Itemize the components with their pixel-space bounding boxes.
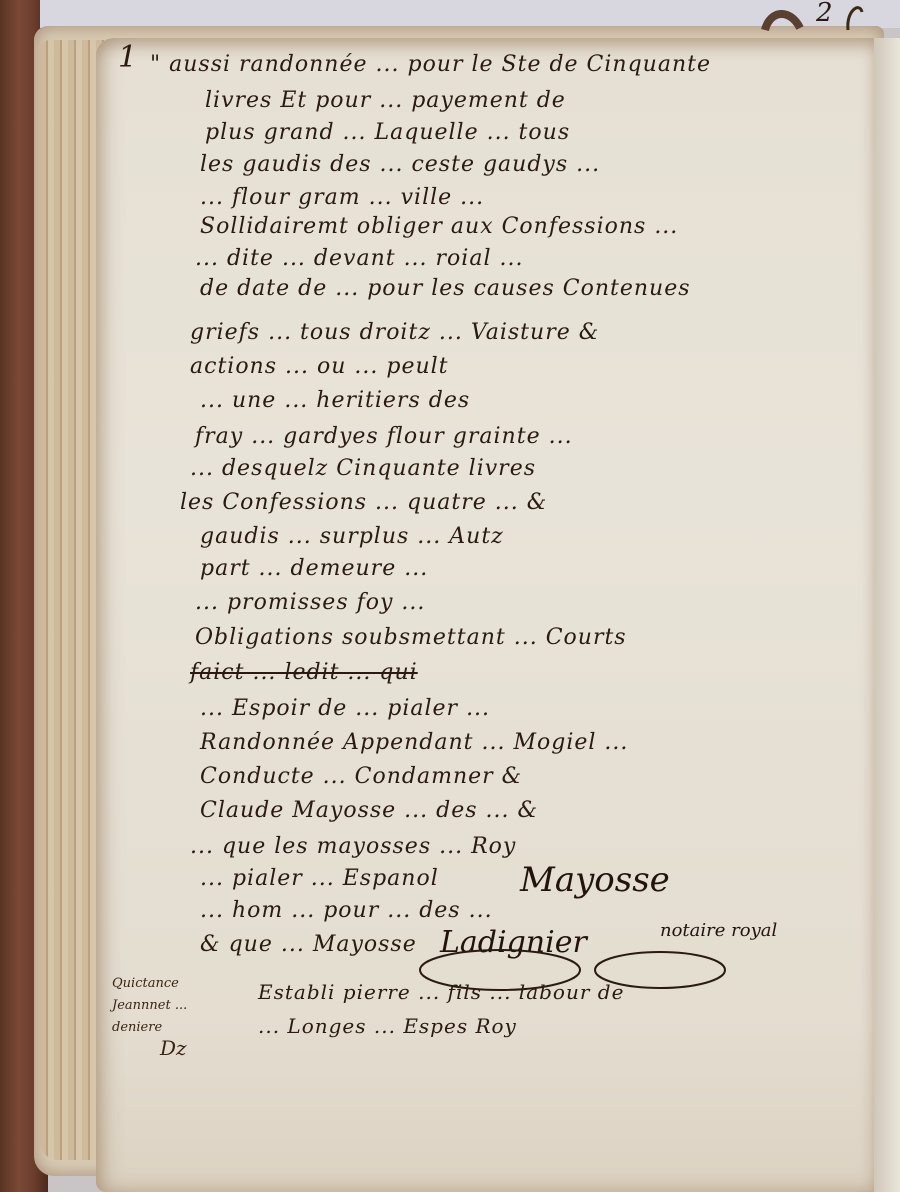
text-line: plus grand ... Laquelle ... tous	[205, 120, 570, 145]
text-line: Randonnée Appendant ... Mogiel ...	[200, 730, 628, 755]
margin-note-line: Jeannnet ...	[112, 998, 187, 1013]
signature-mayosse: Mayosse	[520, 860, 670, 900]
text-line: les Confessions ... quatre ... &	[180, 490, 547, 515]
text-line: gaudis ... surplus ... Autz	[200, 524, 504, 549]
margin-note-line: Dz	[160, 1036, 187, 1060]
text-line: part ... demeure ...	[200, 556, 428, 581]
text-line: ... que les mayosses ... Roy	[190, 834, 516, 859]
text-line: ... pialer ... Espanol	[200, 866, 439, 891]
text-line: ... flour gram ... ville ...	[200, 185, 484, 210]
text-line: Conducte ... Condamner &	[200, 764, 522, 789]
text-line: ... desquelz Cinquante livres	[190, 456, 536, 481]
text-line: Claude Mayosse ... des ... &	[200, 798, 538, 823]
text-line: actions ... ou ... peult	[190, 354, 449, 379]
margin-note-line: Quictance	[112, 976, 179, 991]
text-line: ... une ... heritiers des	[200, 388, 470, 413]
text-line: ... Espoir de ... pialer ...	[200, 696, 490, 721]
text-line: fray ... gardyes flour grainte ...	[195, 424, 573, 449]
text-line: les gaudis des ... ceste gaudys ...	[200, 152, 600, 177]
closing-line: ... Longes ... Espes Roy	[258, 1014, 517, 1038]
text-line: griefs ... tous droitz ... Vaisture &	[190, 320, 599, 345]
margin-note-line: deniere	[112, 1020, 162, 1035]
text-line: ... promisses foy ...	[195, 590, 425, 615]
text-line: " aussi randonnée ... pour le Ste de Cin…	[150, 52, 711, 77]
text-line: de date de ... pour les causes Contenues	[200, 276, 691, 301]
text-line: & que ... Mayosse	[200, 932, 417, 957]
signature-notaire-royal: notaire royal	[660, 920, 777, 941]
text-line: Sollidairemt obliger aux Confessions ...	[200, 214, 678, 239]
closing-line: Establi pierre ... fils ... labour de	[258, 980, 624, 1004]
text-line: livres Et pour ... payement de	[205, 88, 566, 113]
text-line: ... dite ... devant ... roial ...	[195, 246, 523, 271]
text-line: Obligations soubsmettant ... Courts	[195, 625, 627, 650]
text-line: ... hom ... pour ... des ...	[200, 898, 493, 923]
text-line: faict ... ledit ... qui	[190, 660, 418, 685]
